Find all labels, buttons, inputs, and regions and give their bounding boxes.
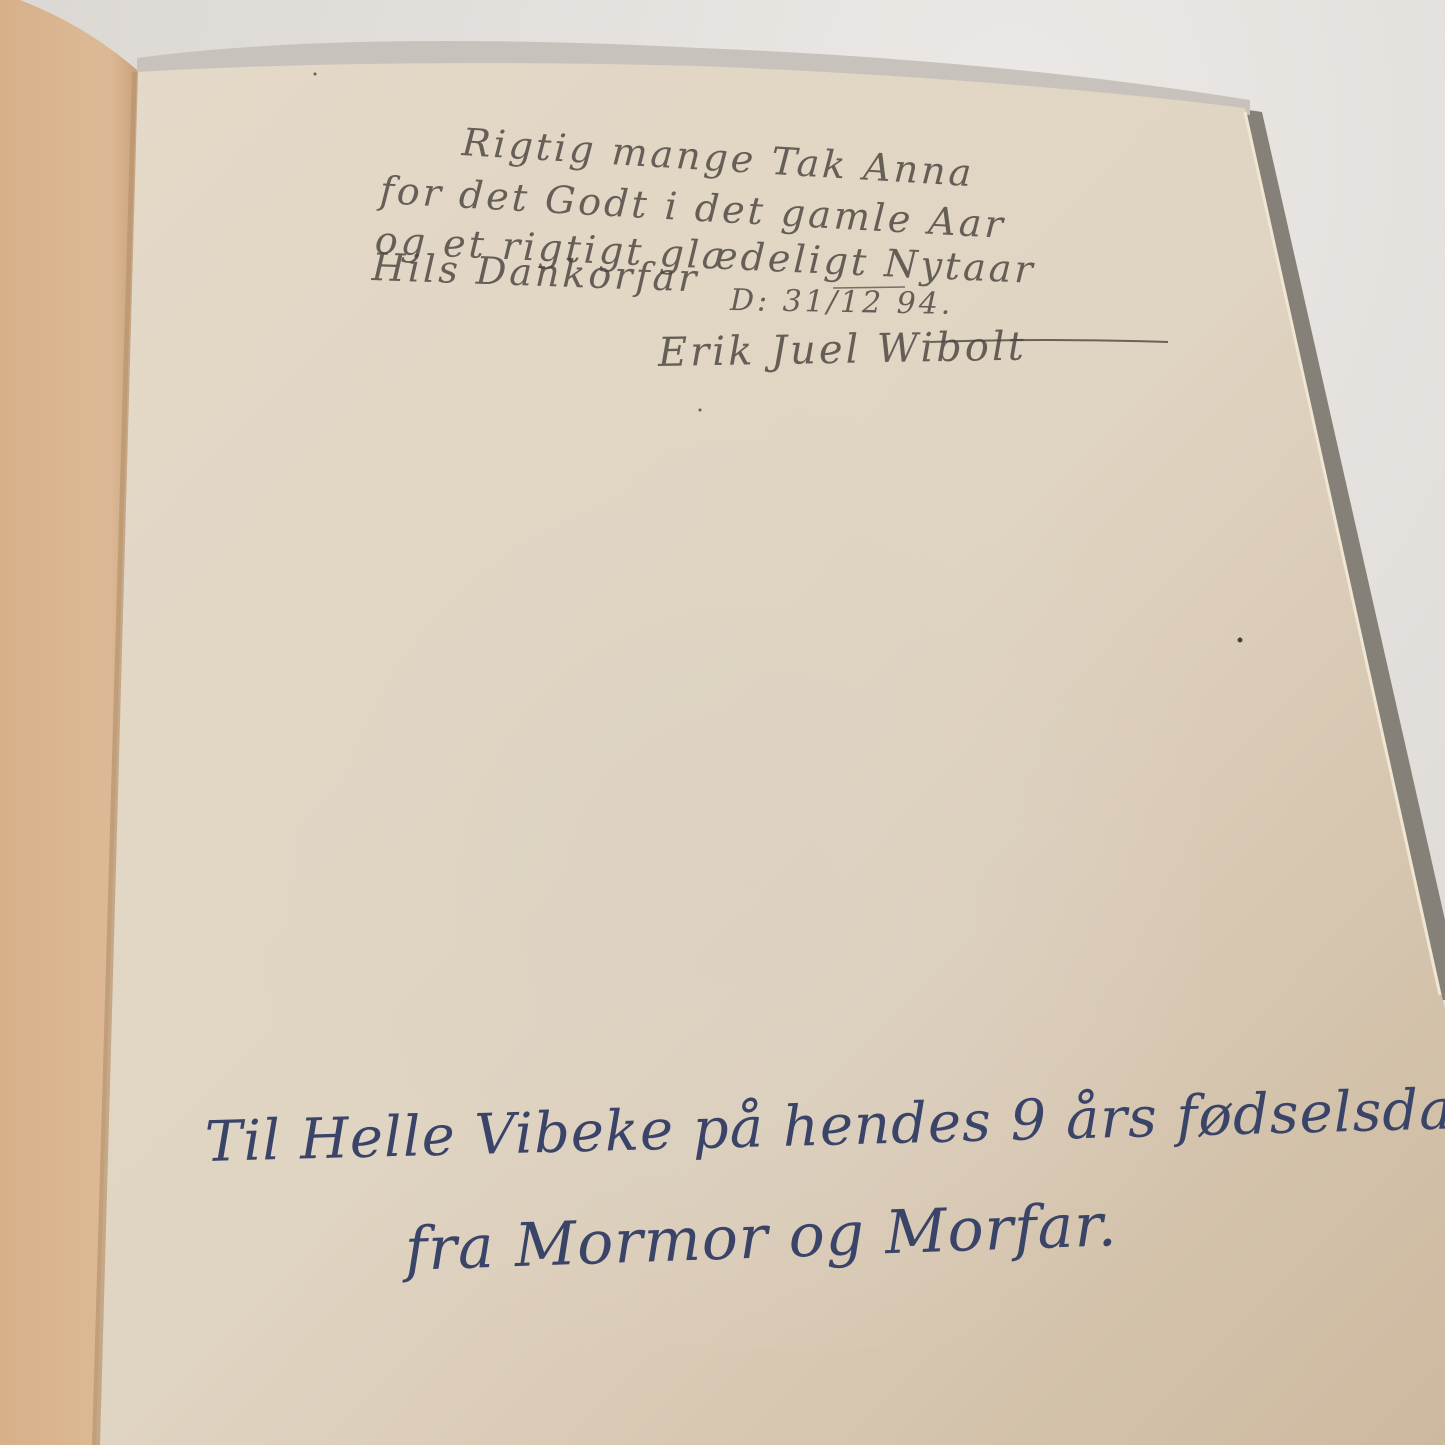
book-photograph: Rigtig mange Tak Anna for det Godt i det…	[0, 0, 1445, 1445]
paper-speck	[314, 73, 317, 76]
inscription-signature: Erik Juel Wibolt	[658, 324, 1028, 376]
paper-speck	[1238, 638, 1243, 643]
paper-speck	[699, 409, 702, 412]
inscription-date: D: 31/12 94.	[730, 283, 954, 322]
